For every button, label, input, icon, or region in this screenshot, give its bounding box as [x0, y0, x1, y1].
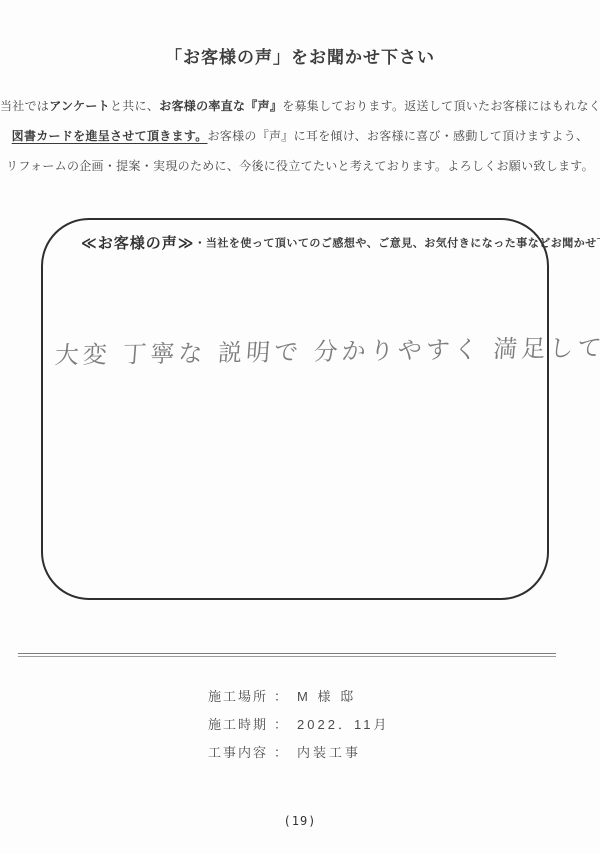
intro-line2-rest: お客様の『声』に耳を傾け、お客様に喜び・感動して頂けますよう、 — [208, 129, 589, 143]
customer-voice-label: ≪お客様の声≫ — [81, 235, 194, 252]
page-title: 「お客様の声」をお聞かせ下さい — [0, 43, 600, 68]
project-details: 施工場所：M 様 邸 施工時期：2022．11月 工事内容：内装工事 — [208, 687, 389, 771]
customer-voice-box: ≪お客様の声≫・当社を使って頂いてのご感想や、ご意見、お気付きになった事などお聞… — [41, 218, 549, 600]
intro-paragraph: 当社ではアンケートと共に、お客様の率直な『声』を募集しております。返送して頂いた… — [0, 96, 600, 186]
detail-label: 施工場所 — [208, 689, 268, 704]
detail-label: 施工時期 — [208, 717, 268, 732]
intro-line-1: 当社ではアンケートと共に、お客様の率直な『声』を募集しております。返送して頂いた… — [0, 96, 600, 126]
intro-line1-bold1: アンケート — [49, 99, 110, 113]
intro-line2-underlined: 図書カードを進呈させて頂きます。 — [12, 129, 208, 143]
intro-line1-mid: と共に、 — [110, 99, 159, 113]
detail-value: 2022．11月 — [297, 717, 389, 732]
page-number: (19) — [0, 814, 600, 828]
detail-value: 内装工事 — [297, 745, 361, 760]
detail-row-location: 施工場所：M 様 邸 — [208, 687, 389, 715]
intro-line1-post: を募集しております。返送して頂いたお客様にはもれなく — [282, 99, 600, 113]
customer-voice-instruction: ・当社を使って頂いてのご感想や、ご意見、お気付きになった事などお聞かせ下さい。 — [194, 238, 600, 250]
detail-colon: ： — [274, 745, 287, 760]
detail-colon: ： — [274, 717, 287, 732]
intro-line1-pre: 当社では — [0, 99, 49, 113]
detail-value: M 様 邸 — [297, 689, 356, 704]
intro-line-2: 図書カードを進呈させて頂きます。お客様の『声』に耳を傾け、お客様に喜び・感動して… — [0, 126, 600, 156]
double-rule-divider — [18, 653, 556, 657]
intro-line-3: リフォームの企画・提案・実現のために、今後に役立てたいと考えております。よろしく… — [0, 156, 600, 186]
detail-label: 工事内容 — [208, 745, 268, 760]
scanned-survey-page: 「お客様の声」をお聞かせ下さい 当社ではアンケートと共に、お客様の率直な『声』を… — [0, 0, 600, 853]
handwritten-comment: 大変 丁寧な 説明で 分かりやすく 満足しています。 — [54, 329, 547, 371]
customer-voice-box-header: ≪お客様の声≫・当社を使って頂いてのご感想や、ご意見、お気付きになった事などお聞… — [81, 232, 600, 253]
intro-line1-bold2: お客様の率直な『声』 — [159, 99, 282, 113]
detail-colon: ： — [274, 689, 287, 704]
detail-row-period: 施工時期：2022．11月 — [208, 715, 389, 743]
detail-row-work-type: 工事内容：内装工事 — [208, 743, 389, 771]
